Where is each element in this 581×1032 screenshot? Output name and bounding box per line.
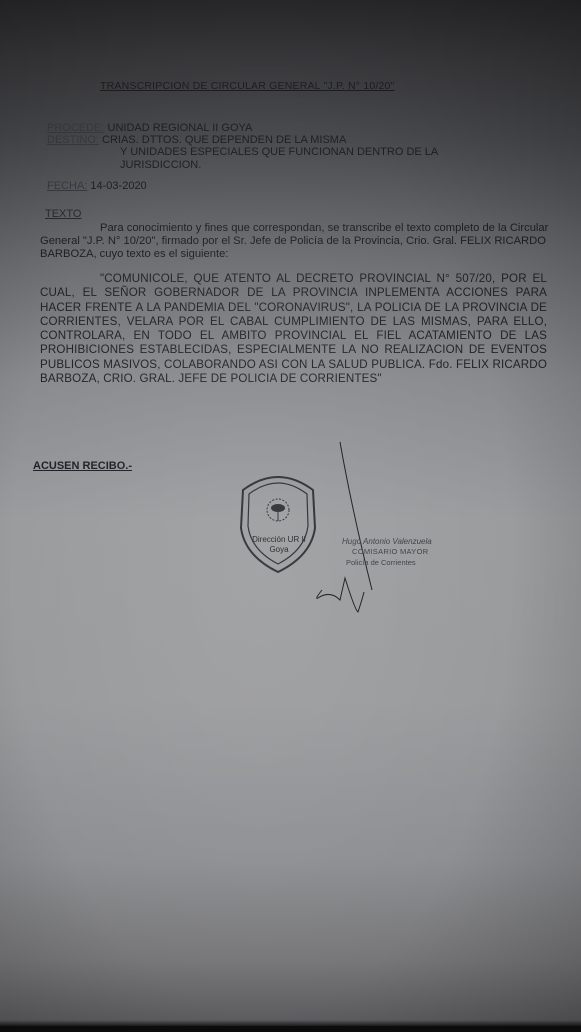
destino-row: DESTINO: CRIAS. DTTOS. QUE DEPENDEN DE L… — [47, 134, 346, 146]
procede-row: PROCEDE: UNIDAD REGIONAL II GOYA — [47, 122, 252, 134]
quoted-circular: "COMUNICOLE, QUE ATENTO AL DECRETO PROVI… — [40, 272, 547, 386]
intro-paragraph: Para conocimiento y fines que correspond… — [40, 222, 550, 262]
scanned-document: TRANSCRIPCION DE CIRCULAR GENERAL "J.P. … — [0, 0, 581, 1032]
document-title: TRANSCRIPCION DE CIRCULAR GENERAL "J.P. … — [100, 80, 500, 92]
fecha-row: FECHA: 14-03-2020 — [47, 180, 147, 192]
signatory-name: Hugo Antonio Valenzuela — [342, 537, 432, 546]
procede-value: UNIDAD REGIONAL II GOYA — [108, 122, 253, 134]
procede-label: PROCEDE: — [47, 122, 104, 134]
texto-label: TEXTO — [45, 208, 81, 220]
signatory-rank: COMISARIO MAYOR — [352, 547, 428, 556]
destino-value-line2: Y UNIDADES ESPECIALES QUE FUNCIONAN DENT… — [120, 146, 438, 158]
bottom-edge — [0, 1026, 581, 1032]
fecha-value: 14-03-2020 — [90, 180, 146, 192]
handwritten-signature-icon — [300, 440, 440, 620]
signatory-organization: Policía de Corrientes — [346, 558, 416, 567]
destino-value-line1: CRIAS. DTTOS. QUE DEPENDEN DE LA MISMA — [102, 134, 346, 146]
fecha-label: FECHA: — [47, 180, 87, 192]
destino-label: DESTINO: — [47, 134, 99, 146]
destino-value-line3: JURISDICCION. — [120, 159, 201, 171]
closing-acusen-recibo: ACUSEN RECIBO.- — [33, 460, 132, 472]
